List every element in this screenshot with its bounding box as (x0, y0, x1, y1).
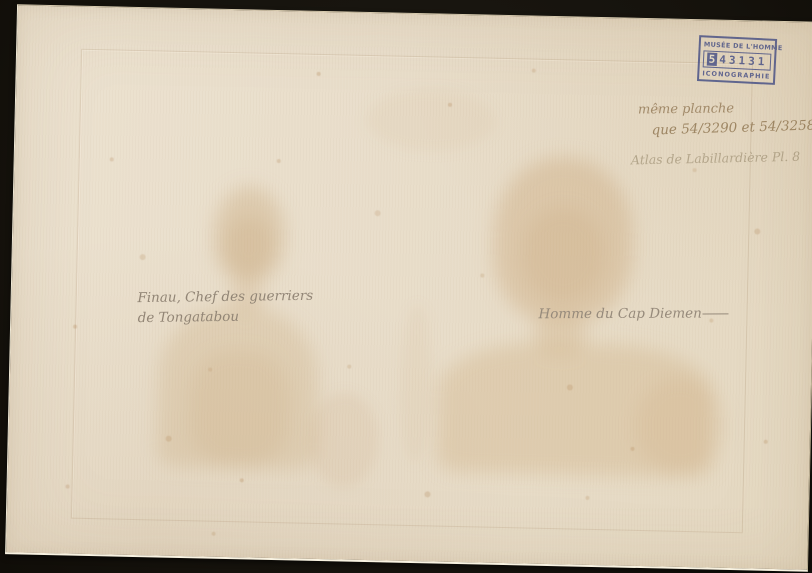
museum-stamp: MUSÉE DE L'HOMME 5 43131 ICONOGRAPHIE (697, 35, 777, 85)
showthrough-chest (188, 349, 291, 467)
stamp-number-first-digit: 5 (706, 53, 717, 67)
caption-right-figure: Homme du Cap Diemen (538, 305, 728, 322)
pencil-flourish-line (703, 313, 729, 314)
caption-left-line-2: de Tongatabou (138, 306, 314, 328)
stamp-department: ICONOGRAPHIE (702, 69, 770, 80)
stamp-inventory-number: 5 43131 (703, 50, 772, 70)
stamp-number-rest: 43131 (719, 53, 768, 68)
caption-left-line-1: Finau, Chef des guerriers (137, 286, 313, 308)
document-paper: MUSÉE DE L'HOMME 5 43131 ICONOGRAPHIE mê… (5, 4, 812, 571)
foxing-spots (18, 5, 22, 9)
photo-background: MUSÉE DE L'HOMME 5 43131 ICONOGRAPHIE mê… (0, 0, 812, 573)
pencil-note-line-1: même planche (638, 101, 734, 117)
pencil-note-line-3: Atlas de Labillardière Pl. 8 (631, 149, 801, 168)
caption-right-text: Homme du Cap Diemen (538, 306, 701, 323)
caption-left-figure: Finau, Chef des guerriers de Tongatabou (137, 286, 313, 328)
